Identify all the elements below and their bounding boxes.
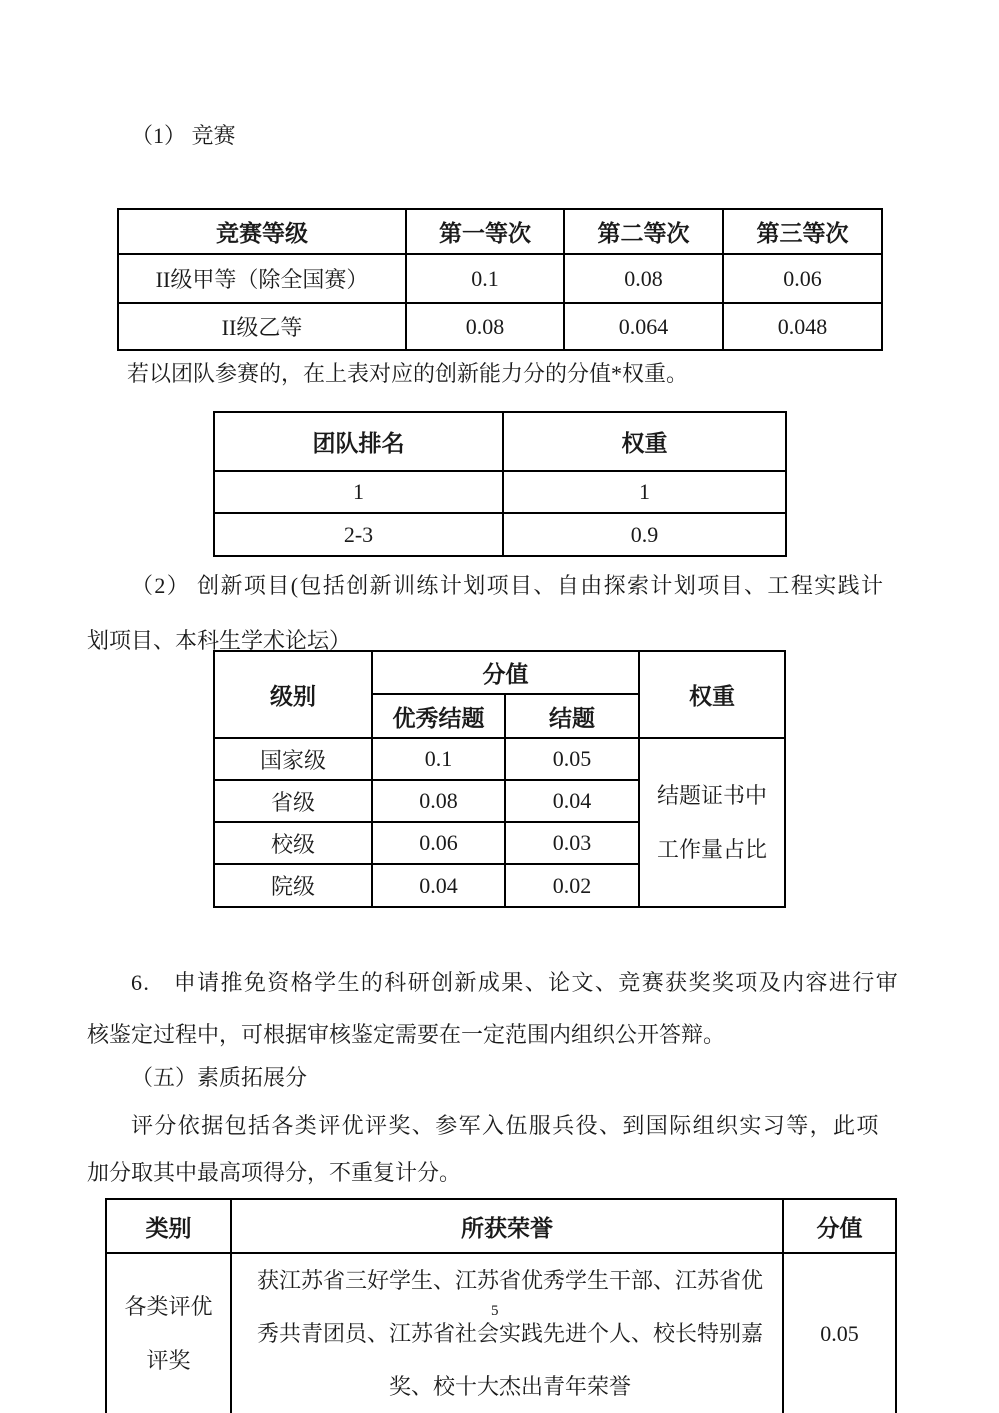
quality-honor-cell: 获江苏省三好学生、江苏省优秀学生干部、江苏省优 秀共青团员、江苏省社会实践先进个…	[231, 1253, 783, 1413]
competition-row1-first: 0.1	[406, 254, 564, 303]
innovation-header-weight: 权重	[639, 651, 785, 738]
innovation-row2-completed: 0.04	[505, 780, 639, 822]
competition-header-second: 第二等次	[564, 209, 723, 254]
team-note: 若以团队参赛的，在上表对应的创新能力分的分值*权重。	[87, 357, 915, 388]
item1-heading: （1） 竞赛	[87, 119, 915, 150]
innovation-header-row1: 级别 分值 权重	[214, 651, 785, 694]
quality-honor-line3: 奖、校十大杰出青年荣誉	[232, 1360, 782, 1413]
section5-heading: （五）素质拓展分	[87, 1061, 915, 1092]
innovation-header-score: 分值	[372, 651, 639, 694]
quality-honor-line1: 获江苏省三好学生、江苏省优秀学生干部、江苏省优	[232, 1254, 782, 1307]
team-weight-header-row: 团队排名 权重	[214, 412, 786, 471]
item6-line1: 6. 申请推免资格学生的科研创新成果、论文、竞赛获奖奖项及内容进行审	[87, 957, 915, 1009]
quality-category-line2: 评奖	[107, 1334, 230, 1388]
competition-table: 竞赛等级 第一等次 第二等次 第三等次 II级甲等（除全国赛） 0.1 0.08…	[117, 208, 883, 351]
innovation-weight-note-line2: 工作量占比	[640, 823, 784, 877]
competition-header-level: 竞赛等级	[118, 209, 406, 254]
quality-score-cell: 0.05	[783, 1253, 896, 1413]
innovation-row2-level: 省级	[214, 780, 372, 822]
quality-header-score: 分值	[783, 1199, 896, 1253]
competition-header-row: 竞赛等级 第一等次 第二等次 第三等次	[118, 209, 882, 254]
innovation-row4-level: 院级	[214, 864, 372, 907]
competition-row2-third: 0.048	[723, 303, 882, 350]
innovation-row1-excellent: 0.1	[372, 738, 505, 780]
innovation-header-completed: 结题	[505, 694, 639, 738]
document-page: （1） 竞赛 竞赛等级 第一等次 第二等次 第三等次 II级甲等（除全国赛） 0…	[0, 0, 999, 1413]
page-number: 5	[491, 1303, 499, 1320]
competition-row2-second: 0.064	[564, 303, 723, 350]
table-row: II级乙等 0.08 0.064 0.048	[118, 303, 882, 350]
innovation-table: 级别 分值 权重 优秀结题 结题 国家级 0.1 0.05 结题证书中 工作量占…	[213, 650, 786, 908]
innovation-row3-excellent: 0.06	[372, 822, 505, 864]
section5-paragraph: 评分依据包括各类评优评奖、参军入伍服兵役、到国际组织实习等，此项 加分取其中最高…	[87, 1102, 915, 1196]
team-weight-row2-rank: 2-3	[214, 513, 503, 556]
item6-line2: 核鉴定过程中，可根据审核鉴定需要在一定范围内组织公开答辩。	[87, 1009, 915, 1061]
team-weight-table: 团队排名 权重 1 1 2-3 0.9	[213, 411, 787, 557]
quality-category-line1: 各类评优	[107, 1280, 230, 1334]
competition-header-third: 第三等次	[723, 209, 882, 254]
quality-header-row: 类别 所获荣誉 分值	[106, 1199, 896, 1253]
innovation-weight-note-line1: 结题证书中	[640, 769, 784, 823]
team-weight-header-weight: 权重	[503, 412, 786, 471]
competition-row1-level: II级甲等（除全国赛）	[118, 254, 406, 303]
innovation-row4-completed: 0.02	[505, 864, 639, 907]
item2-line1: （2） 创新项目(包括创新训练计划项目、自由探索计划项目、工程实践计	[87, 558, 915, 613]
competition-row1-second: 0.08	[564, 254, 723, 303]
section5-line2: 加分取其中最高项得分，不重复计分。	[87, 1149, 915, 1196]
competition-row1-third: 0.06	[723, 254, 882, 303]
quality-honor-line2: 秀共青团员、江苏省社会实践先进个人、校长特别嘉	[232, 1307, 782, 1360]
innovation-header-level: 级别	[214, 651, 372, 738]
competition-header-first: 第一等次	[406, 209, 564, 254]
section5-line1: 评分依据包括各类评优评奖、参军入伍服兵役、到国际组织实习等，此项	[87, 1102, 915, 1149]
table-row: 1 1	[214, 471, 786, 513]
table-row: 2-3 0.9	[214, 513, 786, 556]
competition-row2-level: II级乙等	[118, 303, 406, 350]
innovation-row3-completed: 0.03	[505, 822, 639, 864]
quality-category-cell: 各类评优 评奖	[106, 1253, 231, 1413]
team-weight-row1-rank: 1	[214, 471, 503, 513]
quality-table: 类别 所获荣誉 分值 各类评优 评奖 获江苏省三好学生、江苏省优秀学生干部、江苏…	[105, 1198, 897, 1413]
innovation-row1-level: 国家级	[214, 738, 372, 780]
innovation-row3-level: 校级	[214, 822, 372, 864]
innovation-header-excellent: 优秀结题	[372, 694, 505, 738]
team-weight-header-rank: 团队排名	[214, 412, 503, 471]
innovation-weight-note: 结题证书中 工作量占比	[639, 738, 785, 907]
table-row: II级甲等（除全国赛） 0.1 0.08 0.06	[118, 254, 882, 303]
table-row: 国家级 0.1 0.05 结题证书中 工作量占比	[214, 738, 785, 780]
innovation-row4-excellent: 0.04	[372, 864, 505, 907]
table-row: 各类评优 评奖 获江苏省三好学生、江苏省优秀学生干部、江苏省优 秀共青团员、江苏…	[106, 1253, 896, 1413]
team-weight-row2-weight: 0.9	[503, 513, 786, 556]
quality-header-category: 类别	[106, 1199, 231, 1253]
item6-paragraph: 6. 申请推免资格学生的科研创新成果、论文、竞赛获奖奖项及内容进行审 核鉴定过程…	[87, 957, 915, 1061]
team-weight-row1-weight: 1	[503, 471, 786, 513]
competition-row2-first: 0.08	[406, 303, 564, 350]
innovation-row1-completed: 0.05	[505, 738, 639, 780]
quality-header-honor: 所获荣誉	[231, 1199, 783, 1253]
innovation-row2-excellent: 0.08	[372, 780, 505, 822]
